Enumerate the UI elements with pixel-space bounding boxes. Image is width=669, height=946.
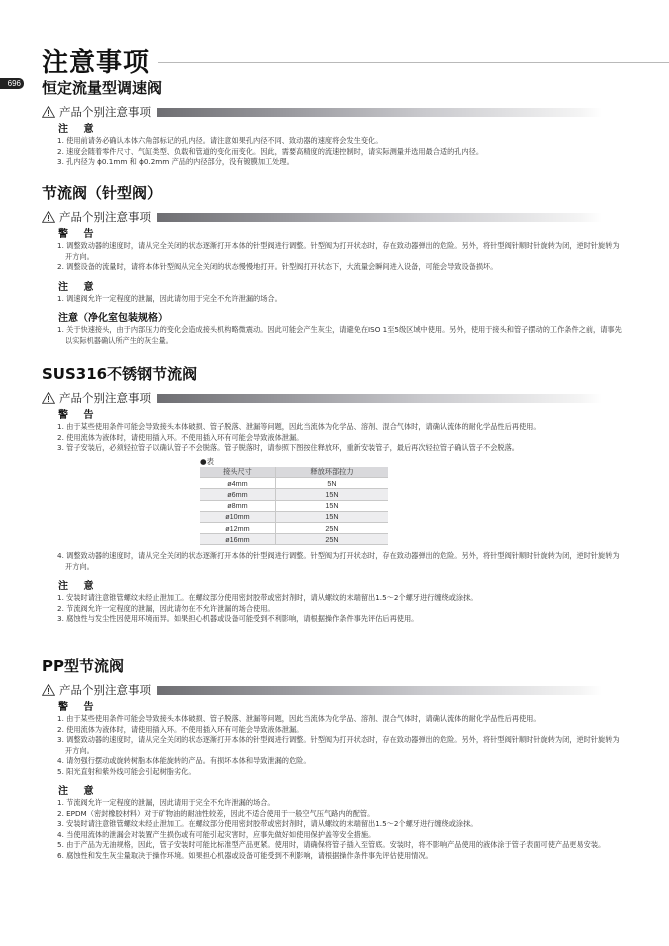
caution-bar: 产品个别注意事项 (42, 390, 642, 406)
list-item: 2. 使用流体为液体时，请使用插入环。不使用插入环有可能会导致液体泄漏。 (57, 433, 622, 444)
table-cell: ø10mm (200, 511, 275, 522)
gradient-bar (157, 213, 602, 222)
caution-heading: 注 意 (58, 785, 642, 798)
table-cell: 15N (275, 489, 388, 500)
section-pp-needle-valve: PP型节流阀 产品个别注意事项 警 告 1. 由于某些使用条件可能会导致接头本体… (42, 656, 642, 861)
caution-bar: 产品个别注意事项 (42, 209, 642, 225)
warning-heading: 警 告 (58, 228, 642, 241)
caution-bar-label: 产品个别注意事项 (59, 682, 151, 698)
list-item: 1. 调速阀允许一定程度的泄漏，因此请勿用于完全不允许泄漏的场合。 (57, 294, 622, 305)
list-item: 2. 节流阀允许一定程度的泄漏，因此请勿在不允许泄漏的场合使用。 (57, 604, 622, 615)
page-header: 注意事项 (42, 44, 669, 76)
column-header: 释放环部拉力 (275, 467, 388, 478)
table-cell: 15N (275, 500, 388, 511)
gradient-bar (157, 108, 602, 117)
list-item: 2. 使用流体为液体时，请使用插入环。不使用插入环有可能会导致液体泄漏。 (57, 725, 622, 736)
page-number-badge: 696 (0, 78, 24, 89)
warning-list-continued: 4. 调整致动器的速度时，请从完全关闭的状态逐渐打开本体的针型阀进行调整。针型阀… (57, 551, 642, 572)
warning-triangle-icon (42, 211, 55, 223)
list-item: 2. 速度会随着零件尺寸、气缸类型、负载和管道的变化而变化。因此，需要高精度的流… (57, 147, 622, 158)
warning-triangle-icon (42, 392, 55, 404)
section-needle-valve: 节流阀（针型阀） 产品个别注意事项 警 告 1. 调整致动器的速度时，请从完全关… (42, 183, 642, 346)
list-item: 6. 腐蚀性和发生灰尘量取决于操作环境。如果担心机器或设备可能受到不利影响，请根… (57, 851, 622, 862)
list-item: 1. 使用前请务必确认本体六角部标记的孔内径。请注意如果孔内径不同、致动器的速度… (57, 136, 622, 147)
list-item: 3. 腐蚀性与发尘性因使用环境而异。如果担心机器或设备可能受到不利影响，请根据操… (57, 614, 622, 625)
table-header-row: 接头尺寸 释放环部拉力 (200, 467, 388, 478)
table-row: ø16mm 25N (200, 534, 388, 545)
list-item: 5. 由于产品为无油规格，因此，管子安装时可能比标准型产品更紧。使用时，请确保将… (57, 840, 622, 851)
warning-triangle-icon (42, 684, 55, 696)
column-header: 接头尺寸 (200, 467, 275, 478)
list-item: 4. 当使用流体的泄漏会对装置产生损伤或有可能引起灾害时，应事先做好如使用保护盖… (57, 830, 622, 841)
warning-heading: 警 告 (58, 701, 642, 714)
list-item: 2. 调整设备的流量时，请将本体针型阀从完全关闭的状态慢慢地打开。针型阀打开状态… (57, 262, 622, 273)
section-constant-flow-speed-controller: 恒定流量型调速阀 产品个别注意事项 注 意 1. 使用前请务必确认本体六角部标记… (42, 78, 642, 168)
caution-bar-label: 产品个别注意事项 (59, 390, 151, 406)
list-item: 3. 安装时请注意锥管螺纹未经止泄加工。在螺纹部分使用密封胶带或密封剂时，请从螺… (57, 819, 622, 830)
list-item: 1. 安装时请注意锥管螺纹未经止泄加工。在螺纹部分使用密封胶带或密封剂时，请从螺… (57, 593, 622, 604)
release-force-table-block: ●表 接头尺寸 释放环部拉力 ø4mm 5N ø6mm 15N ø8mm 15N… (200, 457, 642, 546)
table-cell: ø16mm (200, 534, 275, 545)
section-title: SUS316不锈钢节流阀 (42, 364, 642, 384)
list-item: 1. 由于某些使用条件可能会导致接头本体破损、管子脱落、泄漏等问题，因此当流体为… (57, 714, 622, 725)
list-item: 1. 关于快速接头，由于内部压力的变化会造成接头机构略微震动。因此可能会产生灰尘… (57, 325, 622, 346)
table-row: ø6mm 15N (200, 489, 388, 500)
caution-bar-label: 产品个别注意事项 (59, 104, 151, 120)
warning-heading: 警 告 (58, 409, 642, 422)
table-cell: ø8mm (200, 500, 275, 511)
table-cell: 25N (275, 534, 388, 545)
list-item: 2. EPDM（密封橡胶材料）对于矿物油的耐油性较差，因此不适合使用于一般空气压… (57, 809, 622, 820)
table-row: ø4mm 5N (200, 478, 388, 489)
caution-heading: 注 意 (58, 123, 642, 136)
title-divider (158, 62, 669, 63)
list-item: 4. 请勿强行摆动或旋转树脂本体能旋转的产品。有损坏本体和导致泄漏的危险。 (57, 756, 622, 767)
warning-list: 1. 由于某些使用条件可能会导致接头本体破损、管子脱落、泄漏等问题，因此当流体为… (57, 422, 642, 454)
list-item: 1. 由于某些使用条件可能会导致接头本体破损、管子脱落、泄漏等问题，因此当流体为… (57, 422, 622, 433)
list-item: 3. 调整致动器的速度时，请从完全关闭的状态逐渐打开本体的针型阀进行调整。针型阀… (57, 735, 622, 756)
table-cell: ø12mm (200, 522, 275, 533)
caution-heading: 注 意 (58, 281, 642, 294)
release-force-table: 接头尺寸 释放环部拉力 ø4mm 5N ø6mm 15N ø8mm 15N ø1… (200, 467, 388, 546)
table-cell: 5N (275, 478, 388, 489)
gradient-bar (157, 686, 602, 695)
caution-list: 1. 安装时请注意锥管螺纹未经止泄加工。在螺纹部分使用密封胶带或密封剂时，请从螺… (57, 593, 642, 625)
warning-list: 1. 调整致动器的速度时，请从完全关闭的状态逐渐打开本体的针型阀进行调整。针型阀… (57, 241, 642, 273)
caution-list: 1. 使用前请务必确认本体六角部标记的孔内径。请注意如果孔内径不同、致动器的速度… (57, 136, 642, 168)
table-row: ø10mm 15N (200, 511, 388, 522)
caution-heading: 注 意 (58, 580, 642, 593)
list-item: 3. 管子安装后，必须轻拉管子以确认管子不会脱落。管子脱落时，请参照下图按住释放… (57, 443, 622, 454)
cleanroom-caution-list: 1. 关于快速接头，由于内部压力的变化会造成接头机构略微震动。因此可能会产生灰尘… (57, 325, 642, 346)
section-sus316-needle-valve: SUS316不锈钢节流阀 产品个别注意事项 警 告 1. 由于某些使用条件可能会… (42, 364, 642, 625)
list-item: 1. 节流阀允许一定程度的泄漏，因此请用于完全不允许泄漏的场合。 (57, 798, 622, 809)
caution-bar-label: 产品个别注意事项 (59, 209, 151, 225)
list-item: 1. 调整致动器的速度时，请从完全关闭的状态逐渐打开本体的针型阀进行调整。针型阀… (57, 241, 622, 262)
table-cell: ø4mm (200, 478, 275, 489)
caution-bar: 产品个别注意事项 (42, 104, 642, 120)
table-label: ●表 (200, 457, 642, 467)
table-row: ø8mm 15N (200, 500, 388, 511)
warning-list: 1. 由于某些使用条件可能会导致接头本体破损、管子脱落、泄漏等问题，因此当流体为… (57, 714, 642, 777)
cleanroom-caution-heading: 注意（净化室包装规格） (58, 312, 642, 325)
section-title: 恒定流量型调速阀 (42, 78, 642, 98)
caution-list: 1. 节流阀允许一定程度的泄漏，因此请用于完全不允许泄漏的场合。 2. EPDM… (57, 798, 642, 861)
table-cell: 25N (275, 522, 388, 533)
table-cell: 15N (275, 511, 388, 522)
caution-list: 1. 调速阀允许一定程度的泄漏，因此请勿用于完全不允许泄漏的场合。 (57, 294, 642, 305)
table-cell: ø6mm (200, 489, 275, 500)
section-title: PP型节流阀 (42, 656, 642, 676)
table-row: ø12mm 25N (200, 522, 388, 533)
warning-triangle-icon (42, 106, 55, 118)
caution-bar: 产品个别注意事项 (42, 682, 642, 698)
section-title: 节流阀（针型阀） (42, 183, 642, 203)
gradient-bar (157, 394, 602, 403)
list-item: 4. 调整致动器的速度时，请从完全关闭的状态逐渐打开本体的针型阀进行调整。针型阀… (57, 551, 622, 572)
page-title: 注意事项 (42, 42, 150, 79)
list-item: 3. 孔内径为 ϕ0.1mm 和 ϕ0.2mm 产品的内径部分，没有镀膜加工处理… (57, 157, 622, 168)
list-item: 5. 阳光直射和紫外线可能会引起树脂劣化。 (57, 767, 622, 778)
